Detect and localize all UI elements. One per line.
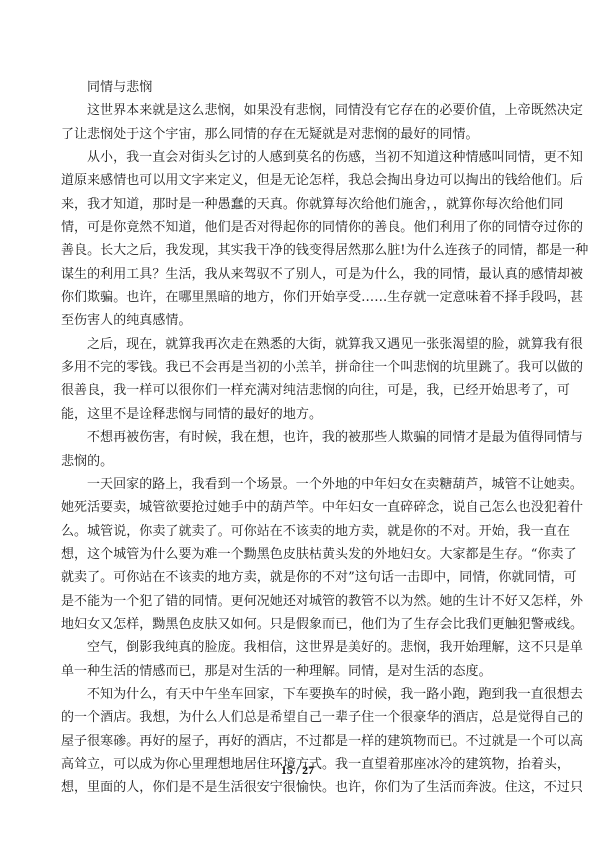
text-line: 就卖了。可你站在不该卖的地方卖，就是你的不对”这句话一击即中，同情，你就同情，可 (61, 566, 536, 589)
text-line: 不想再被伤害，有时候，我在想，也许，我的被那些人欺骗的同情才是最为值得同情与 (61, 426, 536, 449)
text-line: 情，可是你竟然不知道，他们是否对得起你的同情你的善良。他们利用了你的同情夺过你的 (61, 216, 536, 239)
text-line: 之后，现在，就算我再次走在熟悉的大街，就算我又遇见一张张渴望的脸，就算我有很 (61, 333, 536, 356)
text-line: 么。城管说，你卖了就卖了。可你站在不该卖的地方卖，就是你的不对。开始，我一直在 (61, 520, 536, 543)
text-line: 道原来感情也可以用文字来定义，但是无论怎样，我总会掏出身边可以掏出的钱给他们。后 (61, 169, 536, 192)
page-number: 15 / 27 (0, 763, 595, 778)
text-line: 的一个酒店。我想，为什么人们总是希望自己一辈子住一个很豪华的酒店，总是觉得自己的 (61, 706, 536, 729)
text-line: 能，这里不是诠释悲悯与同情的最好的地方。 (61, 403, 536, 426)
text-line: 这世界本来就是这么悲悯，如果没有悲悯，同情没有它存在的必要价值，上帝既然决定 (61, 99, 536, 122)
text-line: 地妇女又怎样，黝黑色皮肤又如何。只是假象而已，他们为了生存会比我们更触犯警戒线。 (61, 613, 536, 636)
text-line: 善良。长大之后，我发现，其实我干净的钱变得居然那么脏!为什么连孩子的同情，都是一… (61, 239, 536, 262)
text-line: 她死活要卖，城管欲要抢过她手中的葫芦竿。中年妇女一直碎碎念，说自己怎么也没犯着什 (61, 496, 536, 519)
text-line: 想，里面的人，你们是不是生活很安宁很愉快。也许，你们为了生活而奔波。住这，不过只 (61, 776, 536, 799)
text-line: 至伤害人的纯真感情。 (61, 309, 536, 332)
text-line: 你们欺骗。也许，在哪里黑暗的地方，你们开始享受……生存就一定意味着不择手段吗，甚 (61, 286, 536, 309)
text-line: 谋生的利用工具？生活，我从来驾驭不了别人，可是为什么，我的同情，最认真的感情却被 (61, 263, 536, 286)
text-line: 一天回家的路上，我看到一个场景。一个外地的中年妇女在卖糖葫芦，城管不让她卖。 (61, 473, 536, 496)
text-line: 是不能为一个犯了错的同情。更何况她还对城管的教管不以为然。她的生计不好又怎样，外 (61, 590, 536, 613)
text-line: 多用不完的零钱。我已不会再是当初的小羔羊，拼命往一个叫悲悯的坑里跳了。我可以做的 (61, 356, 536, 379)
text-line: 了让悲悯处于这个宇宙，那么同情的存在无疑就是对悲悯的最好的同情。 (61, 123, 536, 146)
text-line: 很善良，我一样可以很你们一样充满对纯洁悲悯的向往，可是，我，已经开始思考了，可 (61, 379, 536, 402)
text-line: 来，我才知道，那时是一种愚蠢的天真。你就算每次给他们施舍，，就算你每次给他们同 (61, 193, 536, 216)
document-page: 同情与悲悯这世界本来就是这么悲悯，如果没有悲悯，同情没有它存在的必要价值，上帝既… (0, 0, 595, 841)
text-line: 单一种生活的情感而已，那是对生活的一种理解。同情，是对生活的态度。 (61, 660, 536, 683)
text-line: 想，这个城管为什么要为难一个黝黑色皮肤枯黄头发的外地妇女。大家都是生存。“你卖了 (61, 543, 536, 566)
text-line: 悲悯的。 (61, 450, 536, 473)
text-line: 从小，我一直会对街头乞讨的人感到莫名的伤感，当初不知道这种情感叫同情，更不知 (61, 146, 536, 169)
text-line: 空气，倒影我纯真的脸庞。我相信，这世界是美好的。悲悯，我开始理解，这不只是单 (61, 636, 536, 659)
text-line: 屋子很寒碜。再好的屋子，再好的酒店，不过都是一样的建筑物而已。不过就是一个可以高 (61, 730, 536, 753)
document-body: 同情与悲悯这世界本来就是这么悲悯，如果没有悲悯，同情没有它存在的必要价值，上帝既… (61, 76, 536, 800)
text-line: 不知为什么，有天中午坐车回家，下车要换车的时候，我一路小跑，跑到我一直很想去 (61, 683, 536, 706)
document-title: 同情与悲悯 (61, 76, 536, 99)
